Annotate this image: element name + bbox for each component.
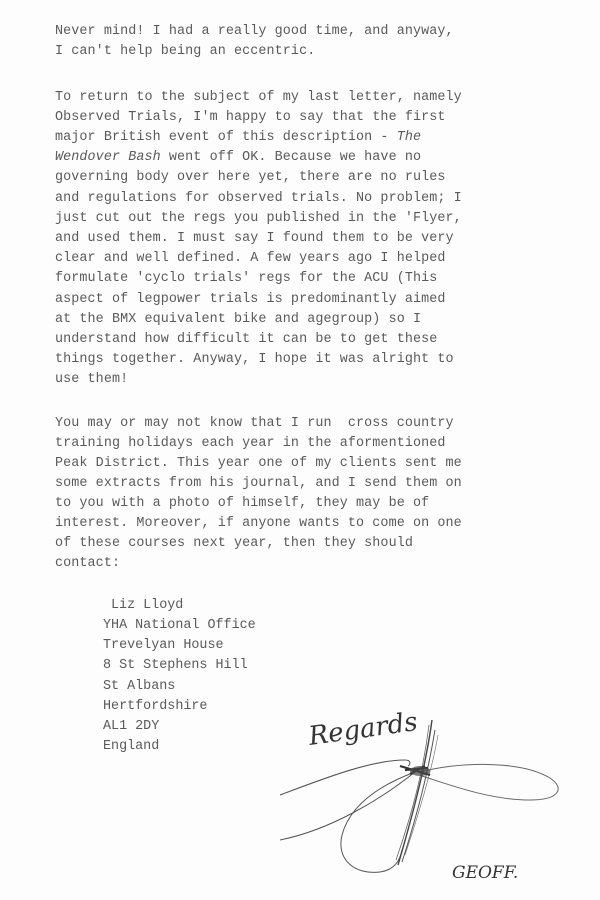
- signature-name: GEOFF.: [452, 863, 518, 883]
- closing-regards: Regards: [306, 707, 420, 752]
- address-line: 8 St Stephens Hill: [103, 656, 248, 676]
- paragraph-3-line: contact:: [55, 554, 120, 574]
- paragraph-2-line: To return to the subject of my last lett…: [55, 88, 462, 108]
- paragraph-2-line: Observed Trials, I'm happy to say that t…: [55, 108, 446, 128]
- paragraph-2-line: Wendover Bash went off OK. Because we ha…: [55, 148, 421, 168]
- address-line: St Albans: [103, 677, 175, 697]
- paragraph-3-line: You may or may not know that I run cross…: [55, 414, 454, 434]
- signature-block: Regards GEOFF.: [280, 690, 600, 900]
- address-line-country: England: [103, 737, 159, 757]
- paragraph-2-line: governing body over here yet, there are …: [55, 168, 446, 188]
- letter-page: Never mind! I had a really good time, an…: [0, 0, 600, 900]
- paragraph-2-line: at the BMX equivalent bike and agegroup)…: [55, 310, 421, 330]
- text-span: went off OK. Because we have no: [161, 150, 421, 165]
- paragraph-1-line: Never mind! I had a really good time, an…: [55, 22, 454, 42]
- paragraph-2-line: aspect of legpower trials is predominant…: [55, 290, 446, 310]
- event-name-italic: The: [397, 130, 421, 145]
- address-line: Trevelyan House: [103, 636, 224, 656]
- paragraph-2-line: things together. Anyway, I hope it was a…: [55, 350, 454, 370]
- paragraph-2-line: just cut out the regs you published in t…: [55, 209, 462, 229]
- address-line-name: Liz Lloyd: [111, 596, 183, 616]
- paragraph-2-line: and used them. I must say I found them t…: [55, 229, 454, 249]
- paragraph-1-line: I can't help being an eccentric.: [55, 42, 315, 62]
- paragraph-3-line: to you with a photo of himself, they may…: [55, 494, 429, 514]
- event-name-italic: Wendover Bash: [55, 150, 161, 165]
- paragraph-2-line: and regulations for observed trials. No …: [55, 189, 462, 209]
- address-line: Hertfordshire: [103, 697, 207, 717]
- paragraph-2-line: understand how difficult it can be to ge…: [55, 330, 437, 350]
- paragraph-3-line: of these courses next year, then they sh…: [55, 534, 413, 554]
- address-line: YHA National Office: [103, 616, 256, 636]
- text-span: major British event of this description …: [55, 130, 397, 145]
- paragraph-3-line: Peak District. This year one of my clien…: [55, 454, 462, 474]
- paragraph-2-line: clear and well defined. A few years ago …: [55, 249, 446, 269]
- paragraph-2-line: formulate 'cyclo trials' regs for the AC…: [55, 269, 437, 289]
- paragraph-3-line: interest. Moreover, if anyone wants to c…: [55, 514, 462, 534]
- signature-scribble-icon: Regards GEOFF.: [280, 690, 600, 900]
- paragraph-3-line: some extracts from his journal, and I se…: [55, 474, 462, 494]
- paragraph-3-line: training holidays each year in the aform…: [55, 434, 446, 454]
- address-line-postcode: AL1 2DY: [103, 717, 159, 737]
- paragraph-2-line: major British event of this description …: [55, 128, 421, 148]
- paragraph-2-line: use them!: [55, 370, 128, 390]
